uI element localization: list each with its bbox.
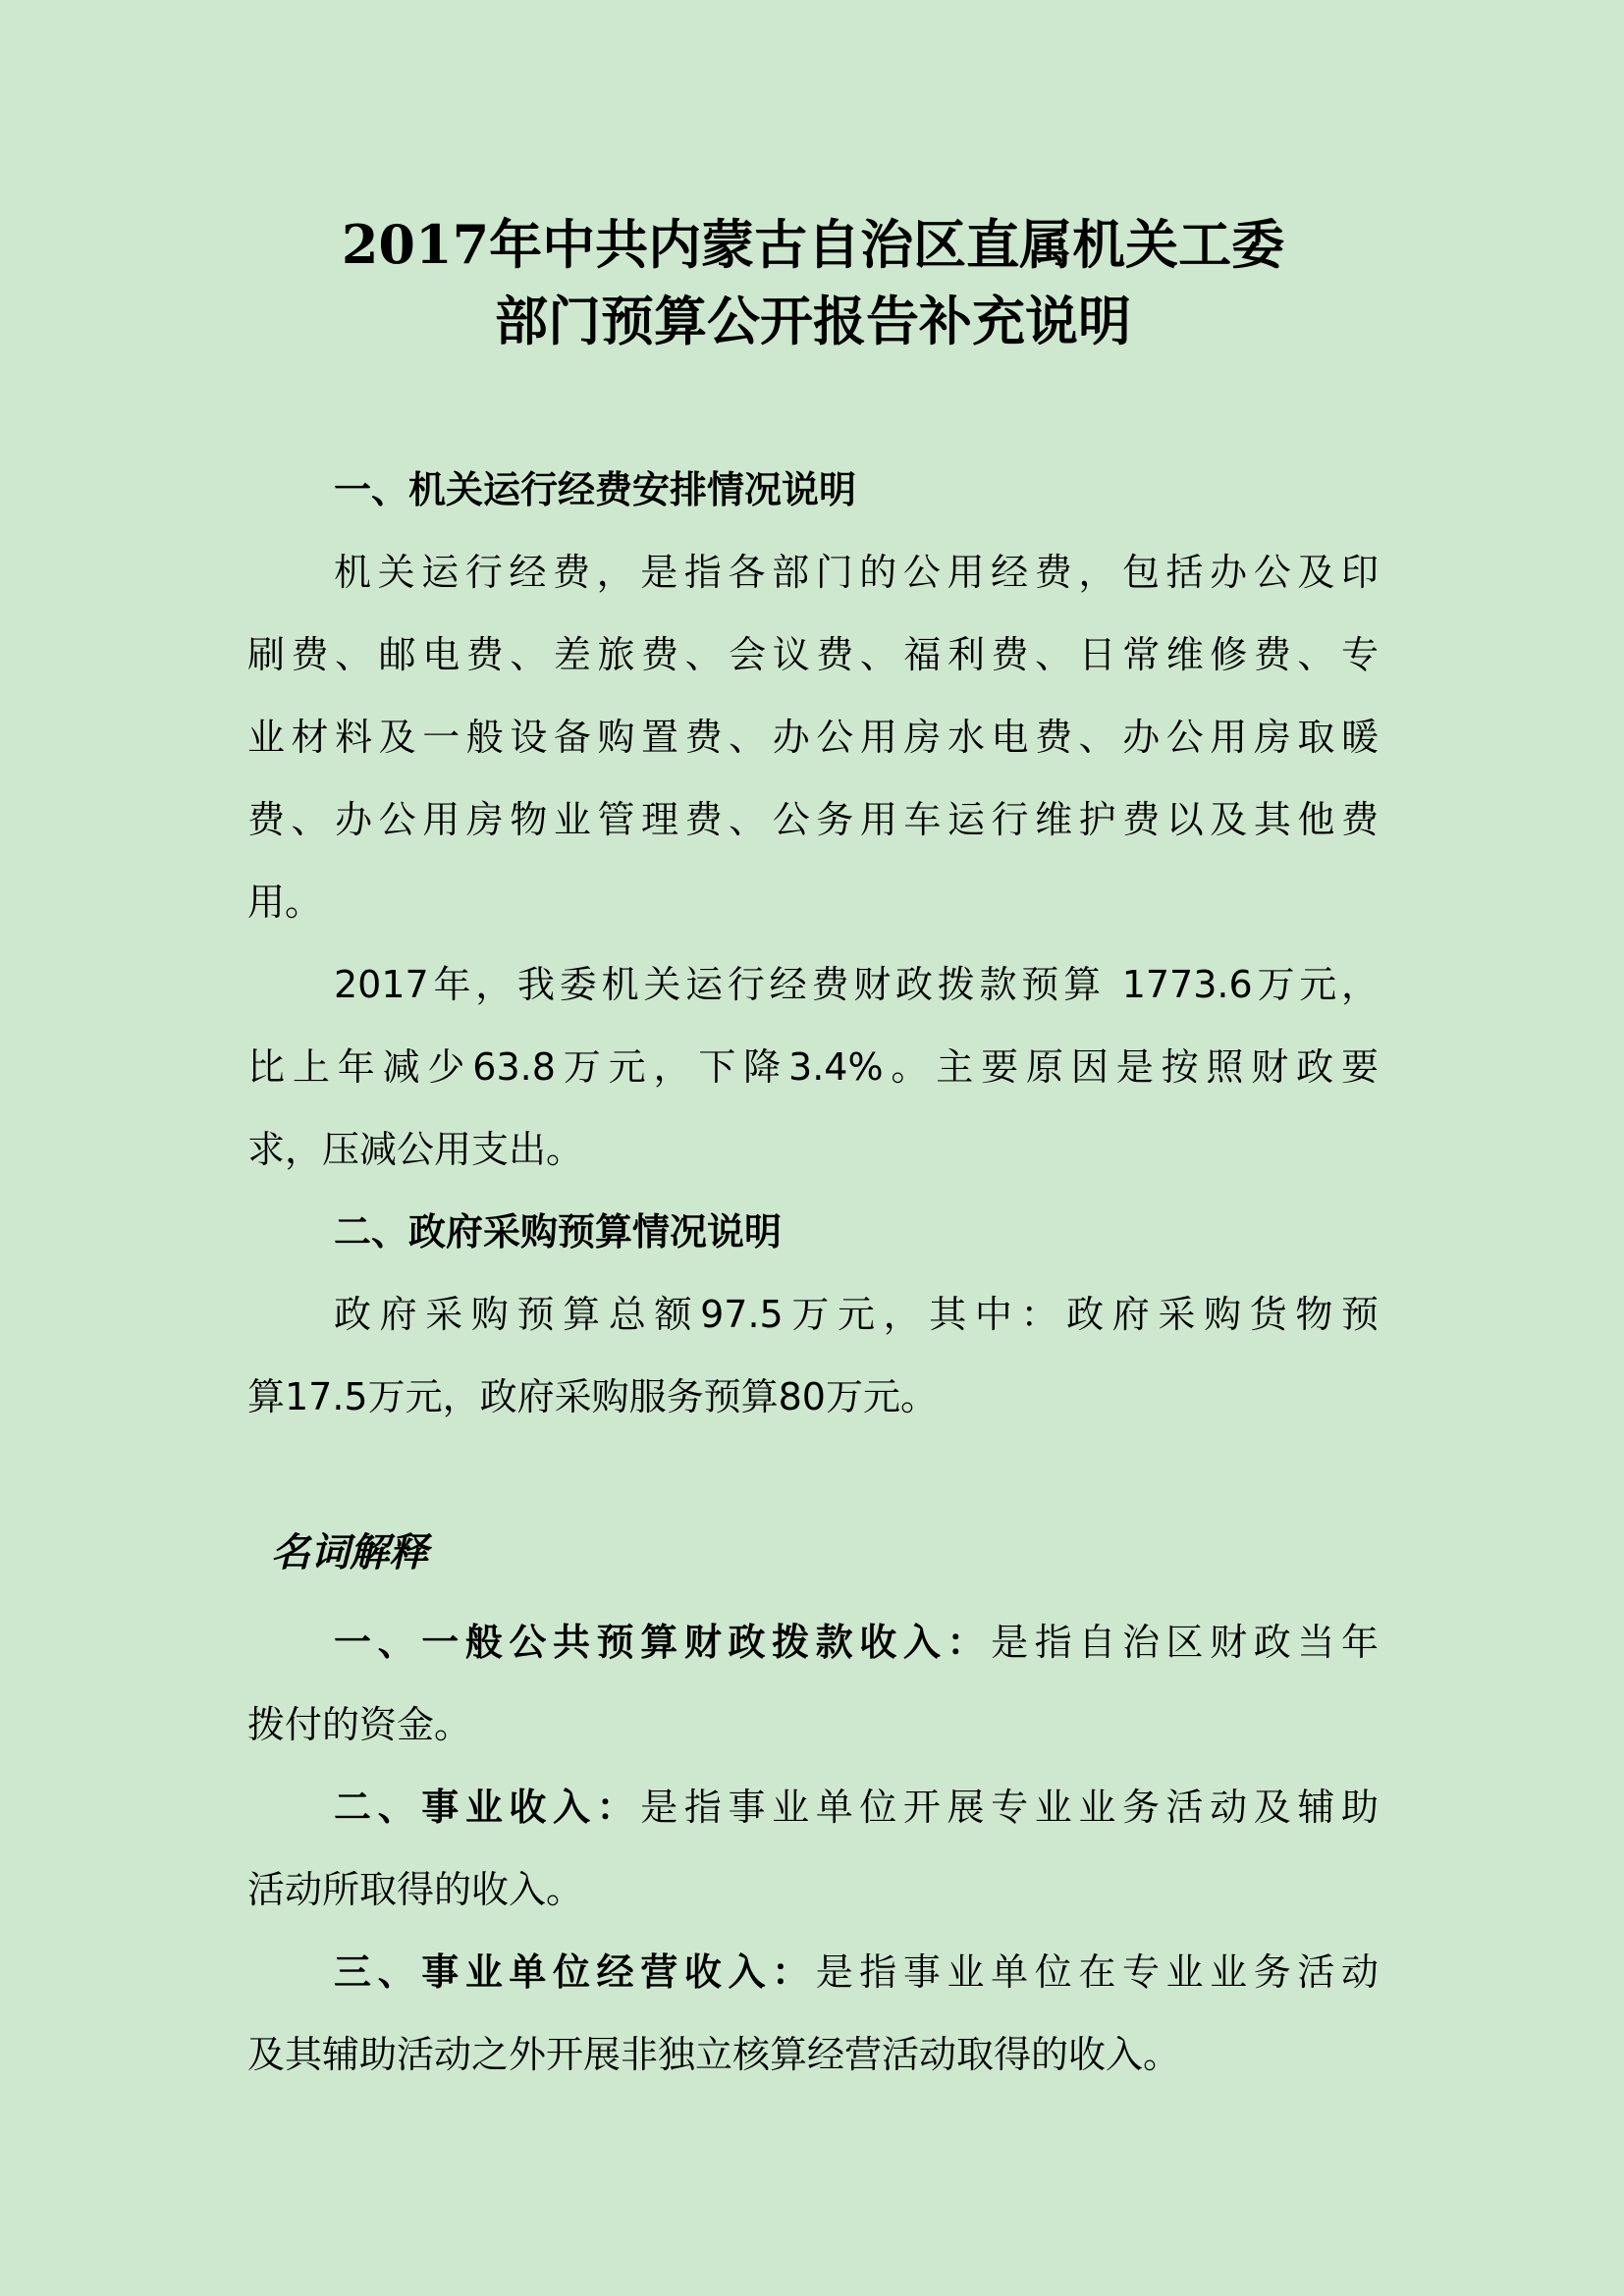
- glossary-item-operating-income: 三、事业单位经营收入：是指事业单位在专业业务活动: [334, 1953, 1379, 1991]
- body-line: 政府采购预算总额97.5万元，其中：政府采购货物预: [334, 1296, 1379, 1333]
- glossary-title: 名词解释: [271, 1533, 428, 1573]
- glossary-definition: 是指事业单位在专业业务活动: [816, 1950, 1379, 1994]
- body-line: 费、办公用房物业管理费、公务用车运行维护费以及其他费: [247, 801, 1379, 838]
- body-line: 比上年减少63.8万元，下降3.4%。主要原因是按照财政要: [247, 1048, 1379, 1086]
- glossary-term: 一、一般公共预算财政拨款收入：: [334, 1621, 991, 1664]
- body-line: 业材料及一般设备购置费、办公用房水电费、办公用房取暖: [247, 719, 1379, 756]
- body-line: 用。: [247, 883, 1379, 921]
- body-line: 机关运行经费，是指各部门的公用经费，包括办公及印: [334, 554, 1379, 591]
- glossary-definition: 是指事业单位开展专业业务活动及辅助: [640, 1786, 1379, 1829]
- glossary-term: 三、事业单位经营收入：: [334, 1950, 816, 1994]
- section-heading-operating-expenses: 一、机关运行经费安排情况说明: [334, 471, 856, 508]
- document-title-line-1: 2017年中共内蒙古自治区直属机关工委: [247, 218, 1379, 271]
- body-line: 求，压减公用支出。: [247, 1131, 1379, 1168]
- glossary-item-business-income: 二、事业收入：是指事业单位开展专业业务活动及辅助: [334, 1789, 1379, 1826]
- document-title-line-2: 部门预算公开报告补充说明: [247, 294, 1379, 347]
- body-line: 刷费、邮电费、差旅费、会议费、福利费、日常维修费、专: [247, 636, 1379, 673]
- glossary-definition-continued: 拨付的资金。: [247, 1706, 1379, 1743]
- glossary-definition: 是指自治区财政当年: [991, 1621, 1379, 1664]
- glossary-definition-continued: 及其辅助活动之外开展非独立核算经营活动取得的收入。: [247, 2036, 1379, 2073]
- body-line: 2017年，我委机关运行经费财政拨款预算 1773.6万元，: [334, 966, 1379, 1003]
- section-heading-government-procurement: 二、政府采购预算情况说明: [334, 1213, 782, 1251]
- glossary-term: 二、事业收入：: [334, 1786, 640, 1829]
- body-line: 算17.5万元，政府采购服务预算80万元。: [247, 1378, 1379, 1415]
- glossary-item-general-budget: 一、一般公共预算财政拨款收入：是指自治区财政当年: [334, 1624, 1379, 1661]
- glossary-definition-continued: 活动所取得的收入。: [247, 1871, 1379, 1908]
